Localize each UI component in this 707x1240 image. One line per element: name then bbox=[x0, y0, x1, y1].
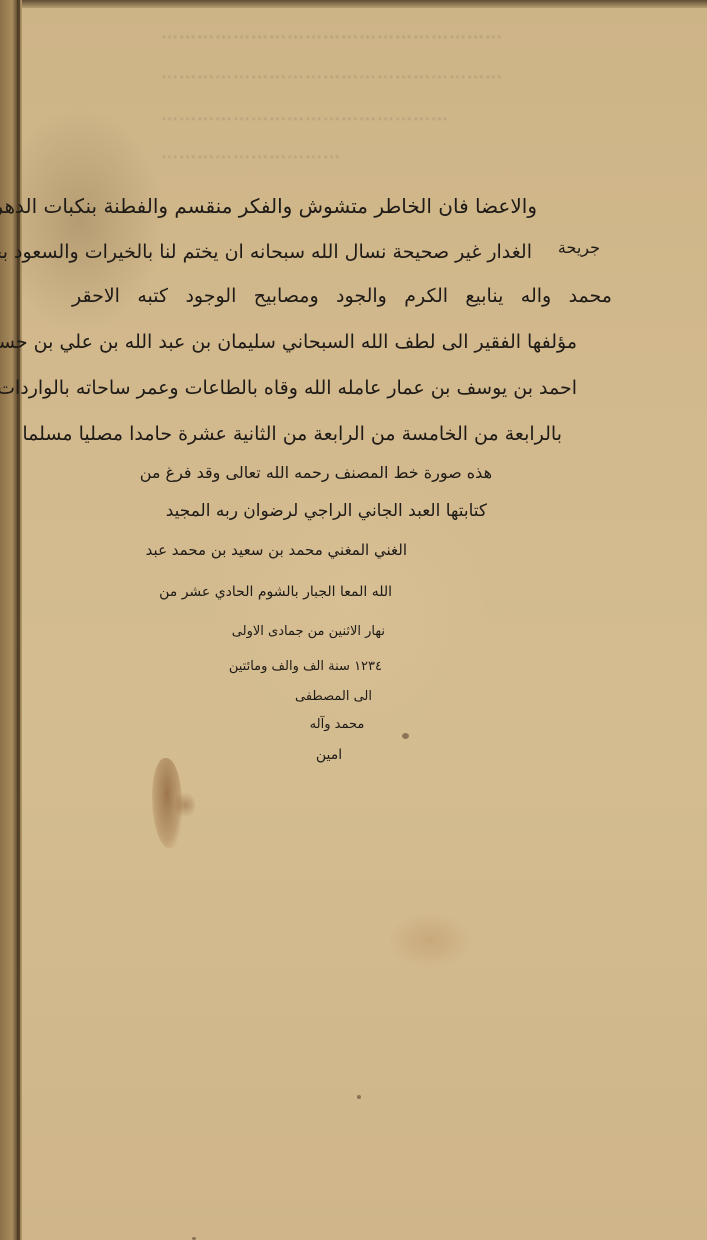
colophon-line: الى المصطفى bbox=[302, 690, 372, 703]
colophon-line: الغني المغني محمد بن سعيد بن محمد عبد bbox=[217, 543, 407, 558]
colophon-line: الله المعا الجبار بالشوم الحادي عشر من bbox=[252, 585, 392, 599]
colophon-line: كتابتها العبد الجاني الراجي لرضوان ربه ا… bbox=[192, 503, 487, 520]
colophon-line: محمد وآله bbox=[307, 718, 367, 731]
bleed-line: ………………………………………… bbox=[160, 105, 550, 125]
spine-fold-line bbox=[17, 0, 20, 1240]
ink-speck bbox=[357, 1095, 361, 1099]
bleed-line: ………………………………………………… bbox=[160, 23, 680, 43]
manuscript-page: ………………………………………………… ………………………………………………… … bbox=[0, 0, 707, 1240]
colophon-line: نهار الاثنين من جمادى الاولى bbox=[275, 625, 385, 638]
page-top-edge bbox=[0, 0, 707, 8]
colophon-line: والاعضا فان الخاطر متشوش والفكر منقسم وا… bbox=[67, 196, 537, 216]
bleed-through-text: ………………………………………………… ………………………………………………… … bbox=[80, 15, 690, 165]
colophon-line: مؤلفها الفقير الى لطف الله السبحاني سليم… bbox=[77, 333, 577, 352]
colophon-line: احمد بن يوسف بن عمار عامله الله وقاه بال… bbox=[77, 379, 577, 398]
ink-speck bbox=[402, 733, 409, 739]
water-stain bbox=[175, 790, 195, 820]
colophon-line: محمد واله ينابيع الكرم والجود ومصابيح ال… bbox=[72, 287, 612, 306]
colophon-line: ١٢٣٤ سنة الف والف ومائتين bbox=[292, 660, 382, 673]
bleed-line: ………………………… bbox=[160, 143, 360, 163]
margin-note: جريحة bbox=[540, 238, 600, 257]
colophon-line: الغدار غير صحيحة نسال الله سبحانه ان يخت… bbox=[72, 243, 532, 262]
bleed-line: ………………………………………………… bbox=[160, 63, 680, 83]
colophon-line: بالرابعة من الخامسة من الرابعة من الثاني… bbox=[82, 425, 562, 444]
colophon-line: هذه صورة خط المصنف رحمه الله تعالى وقد ف… bbox=[142, 465, 492, 481]
colophon-line: امين bbox=[309, 748, 349, 762]
